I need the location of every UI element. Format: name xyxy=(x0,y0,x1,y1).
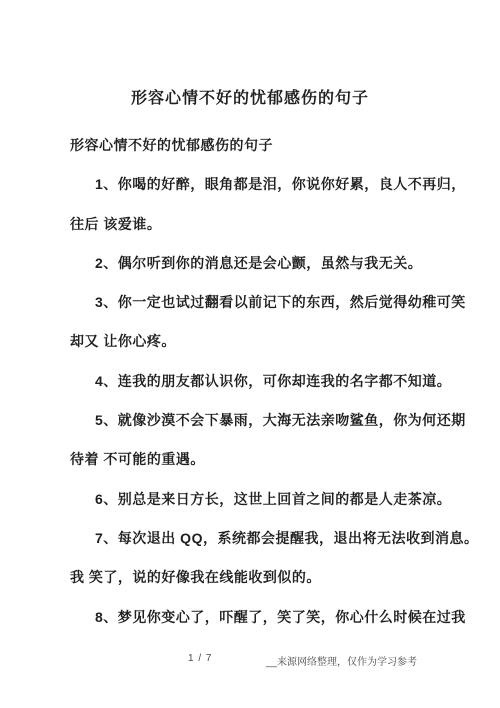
document-line: 5、就像沙漠不会下暴雨，大海无法亲吻鲨鱼，你为何还期 xyxy=(70,401,445,440)
document-line: 待着 不可能的重遇。 xyxy=(70,440,445,479)
document-body: 形容心情不好的忧郁感伤的句子 1、你喝的好醉，眼角都是泪，你说你好累，良人不再归… xyxy=(70,126,445,637)
document-subtitle: 形容心情不好的忧郁感伤的句子 xyxy=(70,126,445,165)
document-line: 6、别总是来日方长，这世上回首之间的都是人走茶凉。 xyxy=(70,480,445,519)
document-line: 我 笑了，说的好像我在线能收到似的。 xyxy=(70,558,445,597)
document-line: 却又 让你心疼。 xyxy=(70,322,445,361)
page-number: 1 / 7 xyxy=(188,653,212,664)
document-line: 2、偶尔听到你的消息还是会心颤，虽然与我无关。 xyxy=(70,244,445,283)
document-line: 3、你一定也试过翻看以前记下的东西，然后觉得幼稚可笑 xyxy=(70,283,445,322)
document-page: 形容心情不好的忧郁感伤的句子 形容心情不好的忧郁感伤的句子 1、你喝的好醉，眼角… xyxy=(0,0,500,708)
document-title: 形容心情不好的忧郁感伤的句子 xyxy=(0,85,500,108)
source-note: __来源网络整理，仅作为学习参考 xyxy=(266,653,417,668)
document-line: 1、你喝的好醉，眼角都是泪，你说你好累，良人不再归， xyxy=(70,165,445,204)
document-line: 往后 该爱谁。 xyxy=(70,205,445,244)
document-line: 7、每次退出 QQ，系统都会提醒我，退出将无法收到消息。 xyxy=(70,519,445,558)
document-line: 8、梦见你变心了，吓醒了，笑了笑，你心什么时候在过我 xyxy=(70,598,445,637)
document-line: 4、连我的朋友都认识你，可你却连我的名字都不知道。 xyxy=(70,362,445,401)
